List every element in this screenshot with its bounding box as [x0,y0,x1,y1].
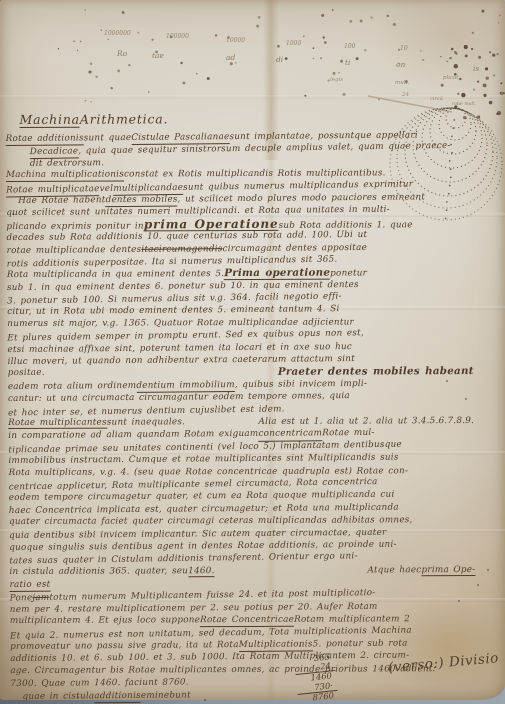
pinprick-dot [84,9,85,10]
pinprick-dot [77,50,78,51]
pinprick-dot [180,62,182,64]
text-segment: Rotae additionis [6,132,84,146]
text-segment: eadem rota alium ordinem [8,380,137,394]
text-segment: additionis [94,689,141,703]
pinprick-dot [95,75,98,78]
faint-label: 100 [344,43,355,50]
pinprick-dot [117,69,120,72]
text-segment: Machina multiplicationis [6,169,124,183]
pinprick-dot [256,25,259,28]
pinprick-dot [80,41,82,43]
text-segment: ita [141,243,153,256]
text-segment: in cistula additionis 365. quater, seu [9,565,188,578]
pinprick-dot [148,91,149,92]
faint-label: mult. [395,80,409,86]
faint-label: di [276,55,283,64]
text-segment: eminebunt [141,689,191,702]
manuscript-text: Machina Arithmetica.Rotae additionis sun… [5,109,476,703]
faint-label: ad [226,53,235,62]
pinprick-dot [90,101,92,103]
faint-label: plicat. [443,75,460,81]
text-segment: quae in cistula [22,690,94,703]
text-segment: sunt inaequales. [107,416,185,429]
text-segment: Arithmetica. [80,111,168,126]
pinprick-dot [122,11,125,14]
faint-label: 24 [402,92,409,98]
faint-label: ti [345,58,350,67]
pinprick-dot [107,39,109,41]
pinprick-dot [152,39,154,41]
text-segment: positae. [8,367,45,380]
faint-label: 100000 [166,33,189,40]
pinprick-dot [58,48,59,49]
pinprick-dot [84,100,86,102]
pinprick-dot [90,63,93,66]
faint-label: 10 [400,45,408,52]
pinprick-dot [196,73,197,74]
faint-label: 1000000 [104,30,131,37]
manuscript-line: quae in cistula additionis eminebunt [10,687,476,703]
text-segment: Rotae multiplicantes [8,417,107,430]
pinprick-dot [207,77,210,80]
pinprick-dot [323,36,325,38]
faint-label: is [473,64,479,73]
faint-label: tae [152,51,164,60]
faint-label: 1000 [286,40,301,47]
pinprick-dot [304,95,306,97]
pinprick-dot [321,14,324,17]
multiplication-calculation: 365241460730·8760 [294,652,339,704]
pinprick-dot [235,62,237,64]
faint-label: Ro [117,49,127,58]
pinprick-dot [487,569,489,571]
manuscript-line: Machina Arithmetica. [5,110,471,127]
text-segment: , quibus sibi invicem impli- [235,378,368,392]
text-segment: multiplicantem 4. Et ejus loco suppone [10,614,200,627]
text-segment: rotae multiplicandae dentes [7,243,142,257]
faint-label: legis [330,77,343,83]
pinprick-dot [215,34,217,36]
faint-label: on [396,60,405,69]
faint-label: 10000 [226,37,245,44]
pinprick-dot [303,35,305,37]
pinprick-dot [110,87,112,89]
text-segment: circumagendis [154,243,223,256]
faint-label: circū [430,96,443,102]
pinprick-dot [230,62,233,65]
text-segment: Hae Rotae habent [18,194,105,207]
text-segment: Machina [19,112,79,128]
text-segment: ratio est [10,579,51,593]
pinprick-dot [313,47,315,49]
faint-label: rotæ mult. [452,102,476,107]
pinprick-dot [137,32,139,34]
pinprick-dot [313,58,314,59]
pinprick-dot [285,57,288,60]
pinprick-dot [183,82,186,85]
pinprick-dot [258,16,261,19]
pinprick-dot [477,584,479,586]
pinprick-dot [73,40,75,42]
pinprick-dot [101,29,102,30]
pinprick-dot [324,41,327,44]
pinprick-dot [128,64,130,66]
text-segment: sunt quae [84,132,132,145]
text-segment: 1460. [188,565,214,578]
photograph-of-manuscript: 100000010000010000100010010Rotaeaddition… [0,0,505,704]
manuscript-page: 100000010000010000100010010Rotaeaddition… [0,0,505,700]
pinprick-dot [89,70,92,73]
pinprick-dot [320,57,322,59]
text-segment: 5. ponatur sub rota [313,638,408,651]
paper-stain [330,0,505,120]
